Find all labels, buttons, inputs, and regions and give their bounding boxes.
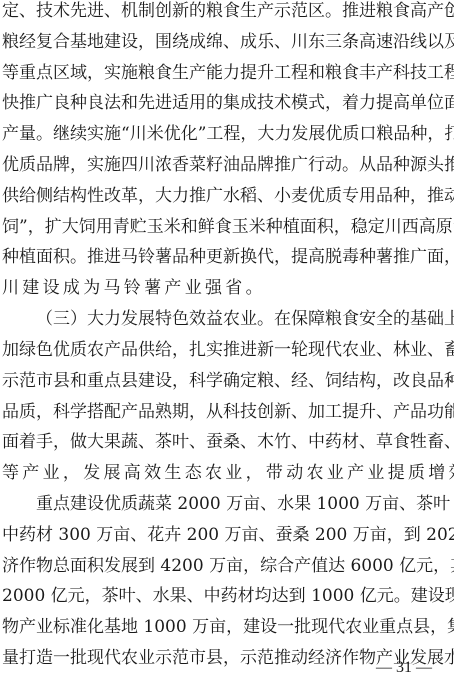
text-line: 等重点区域，实施粮食生产能力提升工程和粮食丰产科技工程，加 (2, 63, 442, 83)
text-line: 粮经复合基地建设，围绕成绵、成乐、川东三条高速沿线以及攀西 (2, 32, 442, 52)
text-line: 面着手，做大果蔬、茶叶、蚕桑、木竹、中药材、草食牲畜、淡水养殖 (2, 432, 442, 452)
text-line: 加绿色优质农产品供给，扎实推进新一轮现代农业、林业、畜牧业 (2, 340, 442, 360)
text-line: 川建设成为马铃薯产业强省。 (2, 278, 442, 298)
text-line: 中药材 300 万亩、花卉 200 万亩、蚕桑 200 万亩，到 2020 年，… (2, 525, 442, 545)
text-line: 产量。继续实施“川米优化”工程，大力发展优质口粮品种，打造 (2, 124, 442, 144)
text-line: 供给侧结构性改革，大力推广水稻、小麦优质专用品种，推动“粮改 (2, 186, 442, 206)
text-line: 优质品牌，实施四川浓香菜籽油品牌推广行动。从品种源头推进 (2, 155, 442, 175)
text-line: 济作物总面积发展到 4200 万亩，综合产值达 6000 亿元，其中蔬菜 (2, 556, 442, 576)
text-line: 2000 亿元，茶叶、水果、中药材均达到 1000 亿元。建设现代经济作 (2, 586, 442, 606)
section-heading-line: （三）大力发展特色效益农业。在保障粮食安全的基础上，增 (36, 309, 442, 329)
text-line: 物产业标准化基地 1000 万亩，建设一批现代农业重点县，集中力 (2, 617, 442, 637)
page-number: — 31 — (376, 658, 432, 678)
text-line: 饲”，扩大饲用青贮玉米和鲜食玉米种植面积，稳定川西高原青稞 (2, 217, 442, 237)
text-line: 定、技术先进、机制创新的粮食生产示范区。推进粮食高产创建和 (2, 1, 442, 21)
text-line: 等产业，发展高效生态农业，带动农业产业提质增效。 (2, 463, 442, 483)
text-line: 品质，科学搭配产品熟期，从科技创新、加工提升、产品功能等多方 (2, 402, 442, 422)
paragraph-start-line: 重点建设优质蔬菜 2000 万亩、水果 1000 万亩、茶叶 500 万亩、 (36, 494, 442, 514)
document-page: 定、技术先进、机制创新的粮食生产示范区。推进粮食高产创建和 粮经复合基地建设，围… (0, 0, 454, 683)
text-line: 快推广良种良法和先进适用的集成技术模式，着力提高单位面积 (2, 93, 442, 113)
text-line: 种植面积。推进马铃薯品种更新换代，提高脱毒种薯推广面，把四 (2, 247, 442, 267)
text-line: 示范市县和重点县建设，科学确定粮、经、饲结构，改良品种，提升 (2, 371, 442, 391)
